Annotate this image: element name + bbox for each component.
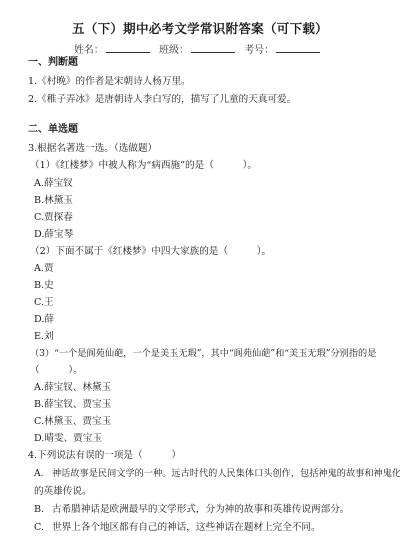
option-3-1-b[interactable]: B.林黛玉: [34, 195, 73, 207]
option-3-3-b[interactable]: B.薛宝钗、贾宝玉: [34, 399, 111, 411]
question-3-3-stem-line2: （ ）。: [30, 365, 83, 377]
option-3-3-c[interactable]: C.林黛玉、贾宝玉: [34, 416, 111, 428]
class-label: 班级：: [159, 45, 189, 56]
number-blank[interactable]: [276, 43, 320, 53]
option-text: 古希腊神话是欧洲最早的文学形式，分为神的故事和英雄传说两部分。: [52, 504, 349, 515]
question-3-2-stem: （2）下面不属于《红楼梦》中四大家族的是（ ）。: [30, 246, 271, 258]
option-3-3-d[interactable]: D.晴雯、贾宝玉: [34, 433, 102, 445]
name-blank[interactable]: [106, 43, 150, 53]
option-text: 神话故事是民间文学的一种。远古时代的人民集体口头创作，包括神鬼的故事和神鬼化: [52, 468, 400, 479]
question-1: 1.《村晚》的作者是宋朝诗人杨万里。: [28, 76, 191, 88]
question-3-stem: 3.根据名著选一选。（选做题）: [28, 143, 157, 155]
document-title: 五（下）期中必考文学常识附答案（可下载）: [0, 19, 400, 37]
document-page: 五（下）期中必考文学常识附答案（可下载） 姓名： 班级： 考号： 一、判断题 1…: [0, 0, 400, 549]
option-3-2-b[interactable]: B.史: [34, 280, 54, 292]
question-3-3-stem-line1: （3）“一个是阆苑仙葩，一个是美玉无瑕”，其中“阆苑仙葩”和“美玉无瑕”分别指的…: [30, 348, 376, 360]
option-3-1-d[interactable]: D.薛宝琴: [34, 229, 73, 241]
option-4-a[interactable]: A.神话故事是民间文学的一种。远古时代的人民集体口头创作，包括神鬼的故事和神鬼化: [34, 468, 400, 480]
section-heading-single-choice: 二、单选题: [28, 124, 78, 136]
option-3-2-a[interactable]: A.贾: [34, 263, 54, 275]
option-letter: A.: [34, 468, 52, 480]
option-3-2-d[interactable]: D.薛: [34, 314, 54, 326]
name-label: 姓名：: [74, 45, 104, 56]
option-letter: B.: [34, 504, 52, 516]
class-blank[interactable]: [191, 43, 235, 53]
student-info-row: 姓名： 班级： 考号：: [0, 41, 400, 56]
option-4-c[interactable]: C.世界上各个地区都有自己的神话，这些神话在题材上完全不同。: [34, 522, 321, 534]
option-text: 世界上各个地区都有自己的神话，这些神话在题材上完全不同。: [52, 522, 321, 533]
option-4-a-continuation: 的英雄传说。: [34, 486, 92, 498]
question-2: 2.《稚子弄冰》是唐朝诗人李白写的，描写了儿童的天真可爱。: [28, 94, 296, 106]
option-4-b[interactable]: B.古希腊神话是欧洲最早的文学形式，分为神的故事和英雄传说两部分。: [34, 504, 349, 516]
option-3-3-a[interactable]: A.薛宝钗、林黛玉: [34, 382, 111, 394]
question-4-stem: 4.下列说法有误的一项是（ ）: [28, 450, 181, 462]
option-3-1-c[interactable]: C.贾探春: [34, 212, 73, 224]
option-3-2-c[interactable]: C.王: [34, 297, 54, 309]
section-heading-judgement: 一、判断题: [28, 57, 78, 69]
option-3-2-e[interactable]: E.刘: [34, 331, 54, 343]
question-3-1-stem: （1）《红楼梦》中被人称为“病西施”的是（ ）。: [30, 160, 257, 172]
option-3-1-a[interactable]: A.薛宝钗: [34, 178, 73, 190]
number-label: 考号：: [244, 45, 274, 56]
option-letter: C.: [34, 522, 52, 534]
